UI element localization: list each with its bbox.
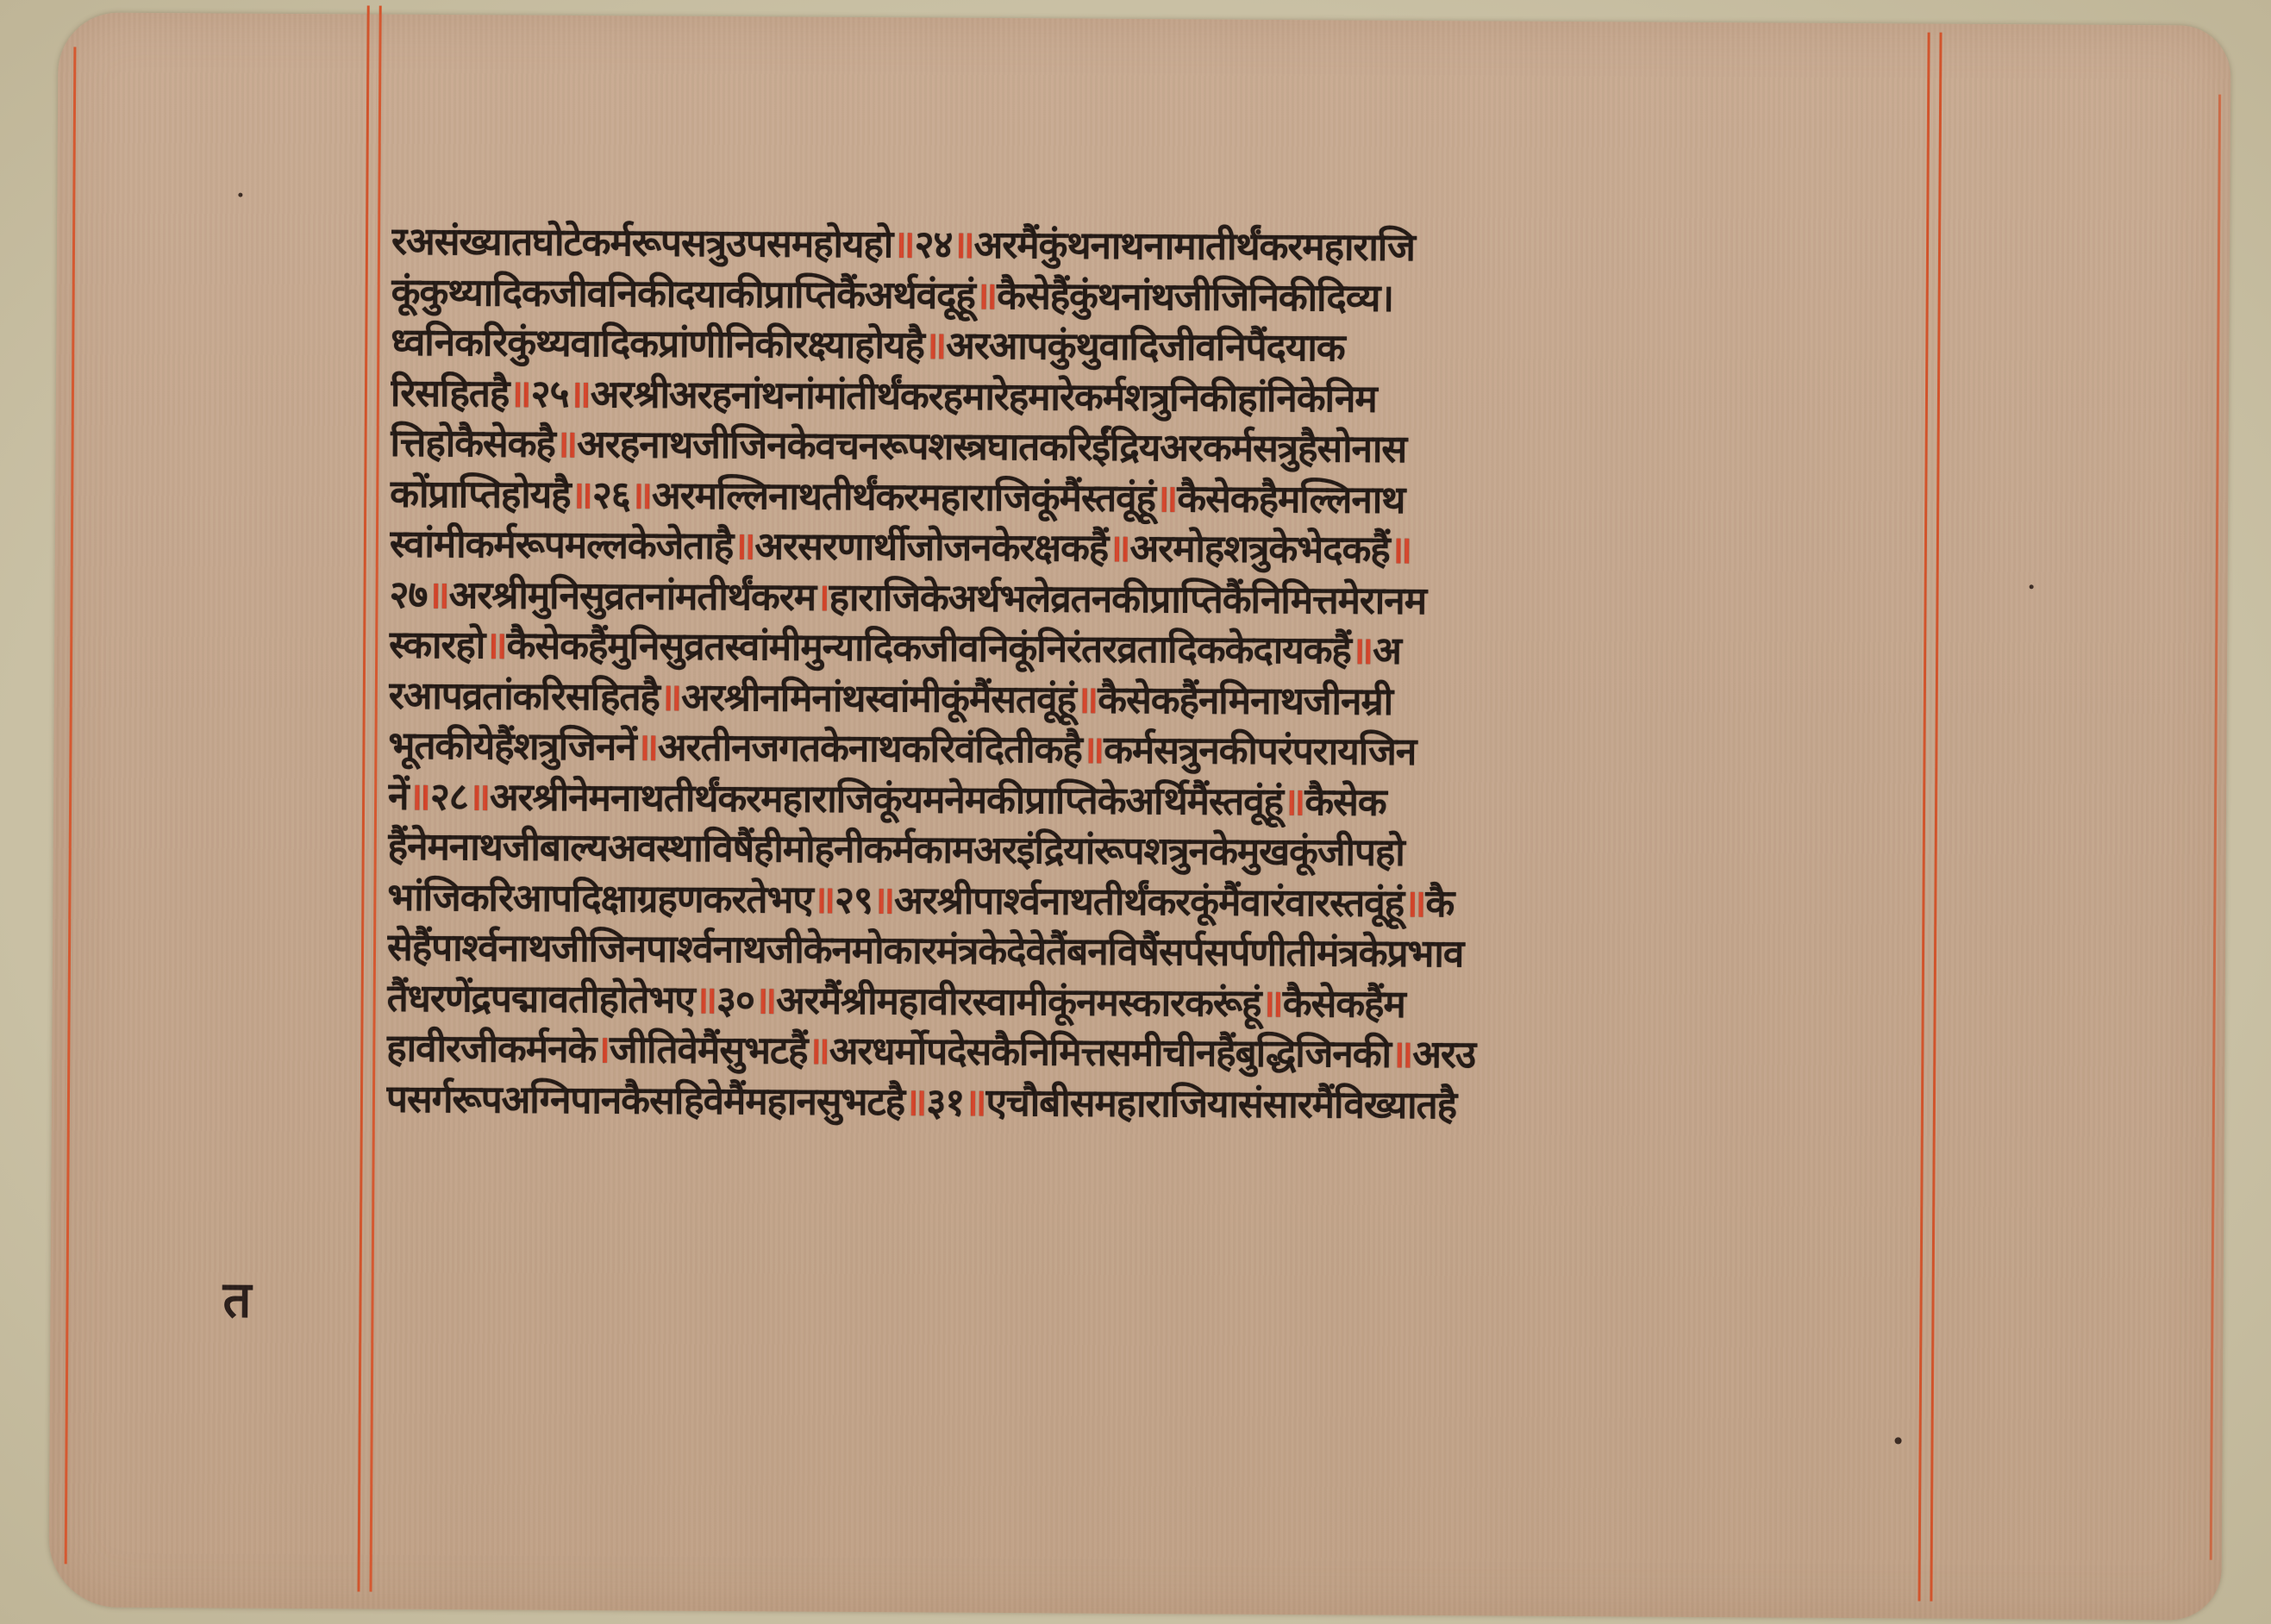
red-danda-mark: ॥: [485, 623, 507, 667]
manuscript-line: भांजिकरिआपदिक्षाग्रहणकरतेभए॥२९॥अरश्रीपार…: [387, 872, 1930, 932]
text-segment: अरतीनजगतकेनाथकरिवंदितीकहै: [658, 726, 1082, 772]
text-segment: रआपव्रतांकरिसहितहै: [389, 673, 660, 719]
red-danda-mark: ॥: [555, 422, 578, 466]
manuscript-line: ध्वनिकरिकुंथ्यवादिकप्रांणीनिकीरक्ष्याहोय…: [391, 318, 1934, 378]
red-danda-mark: ॥: [427, 572, 449, 616]
manuscript-line: कूंकुथ्यादिकजीवनिकीदयाकीप्राप्तिकैंअर्थव…: [391, 267, 1935, 327]
text-segment: अरहनाथजीजिनकेवचनरूपशस्त्रघातकरिईंद्रियअर…: [577, 422, 1406, 472]
red-danda-mark: ॥: [733, 524, 755, 568]
text-segment: कै: [1425, 882, 1454, 926]
red-danda-mark: ॥: [1391, 1033, 1413, 1077]
red-danda-mark: ॥: [408, 774, 430, 818]
red-danda-mark: ॥: [904, 1080, 927, 1124]
text-segment: भूतकीयेहैंशत्रुजिननें: [388, 724, 635, 770]
left-margin-rule: [369, 6, 381, 1592]
text-segment: २७: [389, 572, 427, 616]
text-segment: अरश्रीनेमनाथतीर्थंकरमहाराजिकूंयमनेमकीप्र…: [490, 775, 1283, 824]
red-danda-mark: ॥: [1155, 477, 1178, 521]
manuscript-leaf: त रअसंख्यातघोटेकर्मरूपसत्रुउपसमहोयहो॥२४॥…: [48, 12, 2230, 1620]
text-segment: ध्वनिकरिकुंथ्यवादिकप्रांणीनिकीरक्ष्याहोय…: [391, 321, 924, 368]
text-segment: अ: [1373, 629, 1401, 673]
red-danda-mark: ॥: [1351, 628, 1373, 672]
red-danda-mark: ॥: [813, 878, 835, 921]
red-danda-mark: ॥: [807, 1029, 829, 1073]
text-segment: कैसेकहैंनमिनाथजीनम्री: [1098, 678, 1392, 723]
text-segment: अरमोहशत्रुकेभेदकहैं: [1129, 527, 1389, 572]
manuscript-line: स्वांमीकर्मरूपमल्लकेजेताहै॥अरसरणार्थीजोज…: [390, 520, 1933, 579]
text-segment: हावीरजीकर्मनके: [386, 1027, 596, 1071]
text-segment: अरश्रीपार्श्वनाथतीर्थंकरकूंमैंवारंवारस्त…: [894, 878, 1404, 926]
right-border-rule: [2210, 95, 2221, 1560]
text-segment: अरउ: [1412, 1033, 1475, 1077]
manuscript-line: तैंधरणेंद्रपद्मावतीहोतेभए॥३०॥अरमैंश्रीमह…: [387, 973, 1930, 1033]
red-danda-mark: ॥: [1261, 981, 1283, 1025]
right-margin-rule: [1930, 33, 1942, 1602]
red-danda-mark: ॥: [570, 472, 592, 516]
text-segment: अरश्रीमुनिसुव्रतनांमतीर्थंकरम: [449, 573, 816, 620]
manuscript-line: कोंप्राप्तिहोयहै॥२६॥अरमल्लिनाथतीर्थंकरमह…: [390, 469, 1933, 528]
text-segment: २४: [914, 222, 952, 266]
red-danda-mark: ॥: [1108, 527, 1130, 571]
red-danda-mark: ॥: [975, 273, 998, 317]
manuscript-line: स्कारहो॥कैसेकहैंमुनिसुव्रतस्वांमीमुन्याद…: [389, 621, 1932, 680]
red-danda-mark: ॥: [924, 323, 947, 367]
text-segment: कैसेक: [1304, 780, 1386, 825]
text-segment: अरमैंकुंथनाथनामातीर्थंकरमहाराजि: [974, 223, 1415, 270]
red-danda-mark: ।: [816, 575, 829, 619]
red-danda-mark: ॥: [873, 878, 895, 922]
text-segment: कूंकुथ्यादिकजीवनिकीदयाकीप्राप्तिकैंअर्थव…: [391, 270, 976, 317]
manuscript-line: २७॥अरश्रीमुनिसुव्रतनांमतीर्थंकरम।हाराजिक…: [389, 570, 1932, 629]
ink-speck: [238, 193, 242, 197]
text-segment: अरसरणार्थीजोजनकेरक्षकहैं: [754, 524, 1108, 571]
text-segment: अरमल्लिनाथतीर्थंकरमहाराजिकूंमैंस्तवूंहूं: [652, 473, 1155, 521]
manuscript-line: भूतकीयेहैंशत्रुजिननें॥अरतीनजगतकेनाथकरिवं…: [388, 721, 1931, 781]
text-segment: कोंप्राप्तिहोयहै: [390, 472, 571, 516]
red-danda-mark: ॥: [1390, 528, 1412, 572]
manuscript-line: रअसंख्यातघोटेकर्मरूपसत्रुउपसमहोयहो॥२४॥अर…: [391, 217, 1935, 277]
text-segment: २८: [430, 774, 468, 818]
manuscript-line: पसर्गरूपअग्निपानकैसहिवेमैंमहानसुभटहै॥३१॥…: [386, 1074, 1930, 1134]
manuscript-text-block: रअसंख्यातघोटेकर्मरूपसत्रुउपसमहोयहो॥२४॥अर…: [386, 217, 1935, 1134]
text-segment: कैसेकहैमल्लिनाथ: [1177, 477, 1405, 522]
text-segment: २९: [835, 878, 873, 921]
text-segment: अरधर्मोपदेसकैनिमित्तसमीचीनहैंबुद्धिजिनकी: [829, 1029, 1391, 1077]
text-segment: पसर्गरूपअग्निपानकैसहिवेमैंमहानसुभटहै: [386, 1077, 904, 1124]
text-segment: हाराजिकेअर्थभलेव्रतनकीप्राप्तिकैंनिमित्त…: [829, 575, 1427, 622]
manuscript-line: सेहैंपार्श्वनाथजीजिनपार्श्वनाथजीकेनमोकार…: [387, 923, 1930, 983]
text-segment: त्तिहोकैसेकहै: [390, 422, 555, 466]
manuscript-line: हावीरजीकर्मनके।जीतिवेमैंसुभटहैं॥अरधर्मोप…: [386, 1024, 1930, 1084]
text-segment: कर्मसत्रुनकीपरंपरायजिन: [1104, 728, 1416, 774]
text-segment: भांजिकरिआपदिक्षाग्रहणकरतेभए: [387, 875, 813, 921]
red-danda-mark: ॥: [892, 222, 915, 266]
text-segment: अरआपकुंथुवादिजीवनिपैंदयाक: [946, 324, 1345, 371]
red-danda-mark: ॥: [964, 1080, 986, 1124]
text-segment: अरश्रीनमिनांथस्वांमीकूंमैंसतवूंहूं: [681, 675, 1076, 721]
text-segment: २६: [592, 473, 630, 517]
red-danda-mark: ।: [596, 1027, 610, 1071]
text-segment: स्वांमीकर्मरूपमल्लकेजेताहै: [390, 522, 734, 568]
manuscript-line: रिसहितहै॥२५॥अरश्रीअरहनांथनांमांतीर्थंकरह…: [391, 368, 1934, 428]
text-segment: अरमैंश्रीमहावीरस्वामीकूंनमस्कारकरूंहूं: [776, 978, 1261, 1025]
left-margin-rule: [357, 6, 369, 1592]
manuscript-line: हैंनेमनाथजीबाल्यअवस्थाविषैंहीमोहनीकर्मका…: [388, 822, 1931, 882]
text-segment: नें: [388, 774, 409, 818]
left-border-rule: [65, 47, 77, 1564]
red-danda-mark: ॥: [1283, 780, 1305, 824]
text-segment: तैंधरणेंद्रपद्मावतीहोतेभए: [387, 976, 695, 1021]
text-segment: २५: [531, 372, 569, 415]
ink-speck: [2030, 584, 2034, 589]
text-segment: जीतिवेमैंसुभटहैं: [610, 1027, 808, 1072]
red-danda-mark: ॥: [568, 372, 591, 415]
right-margin-rule: [1918, 33, 1930, 1602]
margin-folio-mark: त: [222, 1264, 252, 1332]
red-danda-mark: ॥: [630, 473, 653, 517]
text-segment: रअसंख्यातघोटेकर्मरूपसत्रुउपसमहोयहो: [391, 220, 892, 267]
red-danda-mark: ॥: [636, 725, 659, 769]
text-segment: कैसेकहैंम: [1283, 982, 1405, 1027]
red-danda-mark: ॥: [952, 223, 974, 267]
manuscript-line: त्तिहोकैसेकहै॥अरहनाथजीजिनकेवचनरूपशस्त्रघ…: [390, 419, 1933, 478]
red-danda-mark: ॥: [754, 978, 777, 1022]
text-segment: सेहैंपार्श्वनाथजीजिनपार्श्वनाथजीकेनमोकार…: [387, 926, 1464, 977]
text-segment: अरश्रीअरहनांथनांमांतीर्थंकरहमारेहमारेकर्…: [591, 372, 1377, 422]
red-danda-mark: ॥: [509, 372, 531, 415]
red-danda-mark: ॥: [468, 775, 491, 819]
red-danda-mark: ॥: [1076, 678, 1098, 721]
text-segment: रिसहितहै: [391, 371, 510, 415]
red-danda-mark: ॥: [1404, 881, 1426, 925]
text-segment: ३०: [716, 978, 754, 1022]
red-danda-mark: ॥: [695, 978, 717, 1021]
red-danda-mark: ॥: [660, 675, 682, 719]
text-segment: हैंनेमनाथजीबाल्यअवस्थाविषैंहीमोहनीकर्मका…: [388, 825, 1405, 875]
text-segment: स्कारहो: [389, 623, 485, 668]
red-danda-mark: ॥: [1082, 728, 1104, 772]
ink-speck: [1895, 1437, 1902, 1444]
text-segment: कैसेकहैंमुनिसुव्रतस्वांमीमुन्यादिकजीवनिक…: [506, 624, 1351, 673]
text-segment: ३१: [926, 1080, 964, 1124]
text-segment: कैसेहैंकुंथनांथजीजिनिकीदिव्य।: [997, 273, 1393, 320]
manuscript-line: नें॥२८॥अरश्रीनेमनाथतीर्थंकरमहाराजिकूंयमन…: [388, 771, 1931, 831]
text-segment: एचौबीसमहाराजियासंसारमैंविख्यातहै: [985, 1080, 1456, 1127]
manuscript-line: रआपव्रतांकरिसहितहै॥अरश्रीनमिनांथस्वांमीक…: [389, 671, 1932, 730]
